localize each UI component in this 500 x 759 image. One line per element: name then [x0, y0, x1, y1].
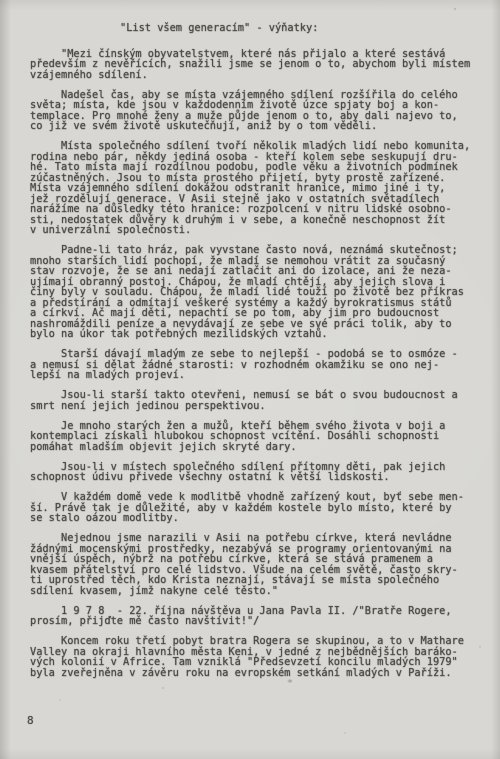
text-line: v univerzální společnosti. — [30, 225, 500, 236]
text-line: kontemplaci získali hlubokou schopnost v… — [30, 431, 500, 442]
paragraph: Nejednou jsme narazili v Asii na potřebu… — [30, 533, 500, 596]
document-body: "List všem generacím" - výňatky: "Mezi č… — [0, 0, 500, 688]
paragraph: Místa společného sdílení tvoří několik m… — [30, 141, 500, 236]
text-line: lepší na mladých projeví. — [30, 370, 500, 381]
text-line: Starší dávají mladým ze sebe to nejlepší… — [30, 349, 500, 360]
text-line: prosím, přijďte mě často navštívit!"/ — [30, 616, 500, 627]
page-number: 8 — [27, 715, 34, 726]
text-line: stav rozvoje, že se ani nedají zatlačit … — [30, 266, 500, 277]
text-line: schopnost údivu přivede všechny ostatní … — [30, 472, 500, 483]
text-line: hé. Tato místa mají rozdílnou podobu, po… — [30, 162, 500, 173]
text-line: světa; místa, kde jsou v každodenním živ… — [30, 100, 500, 111]
paragraph: Koncem roku třetí pobyt bratra Rogera se… — [30, 636, 500, 678]
text-line: co již ve svém životě uskutečňují, aniž … — [30, 121, 500, 132]
paragraph: V každém domě vede k modlitbě vhodně zař… — [30, 492, 500, 524]
text-line: pomáhat mladším objevit jejich skryté da… — [30, 442, 500, 453]
text-line: vých kolonií v Africe. Tam vzniklá "Před… — [30, 657, 500, 668]
text-line: Padne-li tato hráz, pak vyvstane často n… — [30, 245, 500, 256]
text-line: bylo na úkor tak potřebných mezilidských… — [30, 329, 500, 340]
text-line: především z nevěřících, snažili jsme se … — [30, 59, 500, 70]
text-line: vnější úspěch, nýbrž na potřebu církve, … — [30, 554, 500, 565]
text-line: se stalo oázou modlitby. — [30, 513, 500, 524]
text-line: Místa vzájemného sdílení dokážou odstran… — [30, 183, 500, 194]
text-line: ti uprostřed těch, kdo Krista neznají, s… — [30, 575, 500, 586]
text-line: narážíme na důsledky této hranice: rozpo… — [30, 204, 500, 215]
paragraph: Nadešel čas, aby se místa vzájemného sdí… — [30, 90, 500, 132]
text-line: činy byly v souladu. Chápou, že mladí li… — [30, 287, 500, 298]
scanned-page: { "colors": { "paper": "#d8d7d3", "ink":… — [0, 0, 500, 759]
paragraph: "Mezi čínským obyvatelstvem, které nás p… — [30, 49, 500, 81]
text-line: Jsou-li starší takto otevřeni, nemusí se… — [30, 390, 500, 401]
text-line: sdílení kvasem, jímž nakyne celé těsto." — [30, 586, 500, 597]
text-line: smrt není jejich jedinou perspektivou. — [30, 401, 500, 412]
text-line: vzájemného sdílení. — [30, 70, 500, 81]
text-line: Koncem roku třetí pobyt bratra Rogera se… — [30, 636, 500, 647]
paragraph: Starší dávají mladým ze sebe to nejlepší… — [30, 349, 500, 381]
text-line: Místa společného sdílení tvoří několik m… — [30, 141, 500, 152]
paragraph: Jsou-li v místech společného sdílení pří… — [30, 462, 500, 483]
paragraph: Je mnoho starých žen a mužů, kteří během… — [30, 421, 500, 453]
document-title: "List všem generacím" - výňatky: — [30, 23, 500, 34]
paragraph: Jsou-li starší takto otevřeni, nemusí se… — [30, 390, 500, 411]
text-line: V každém domě vede k modlitbě vhodně zař… — [30, 492, 500, 503]
text-line: byla zveřejněna v závěru roku na evropsk… — [30, 668, 500, 679]
paragraph: 1 9 7 8 - 22. října návštěva u Jana Pavl… — [30, 606, 500, 627]
document-paragraphs: "Mezi čínským obyvatelstvem, které nás p… — [30, 49, 500, 679]
text-line: Nejednou jsme narazili v Asii na potřebu… — [30, 533, 500, 544]
paragraph: Padne-li tato hráz, pak vyvstane často n… — [30, 245, 500, 340]
text-line: a církví. Ač mají děti, nepachtí se po t… — [30, 308, 500, 319]
